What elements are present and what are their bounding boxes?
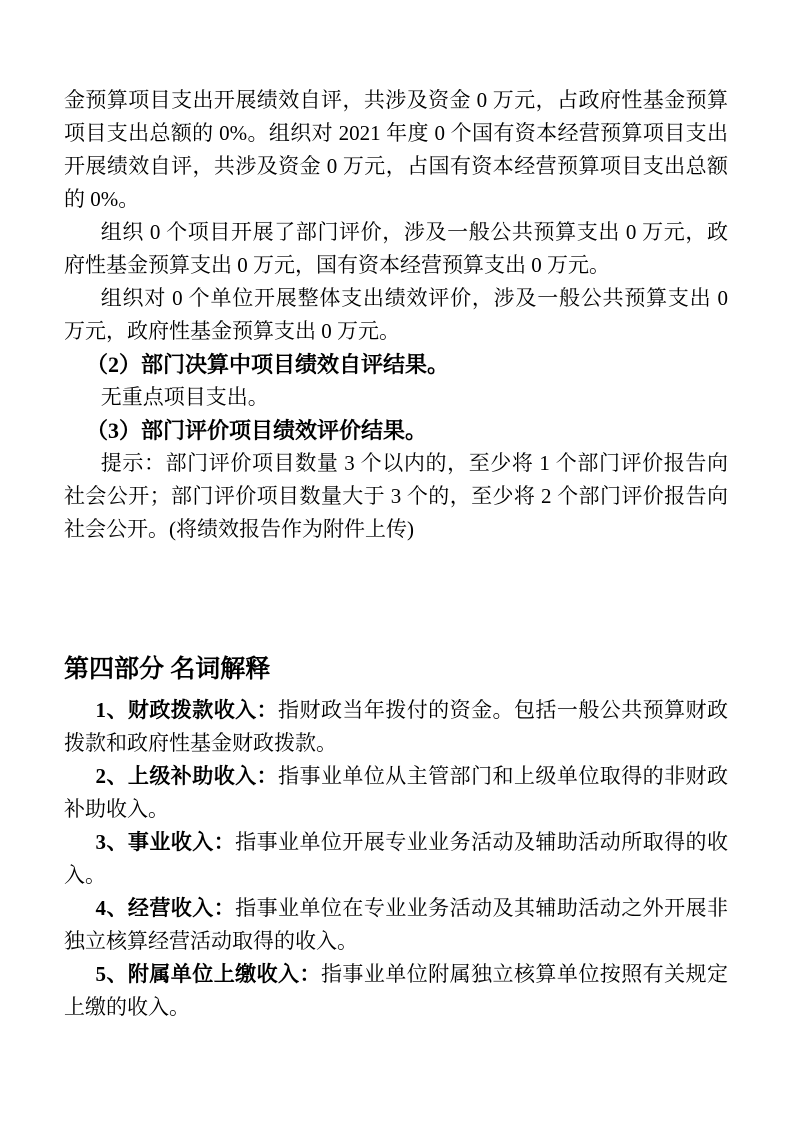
heading-project-self-eval-results: （2）部门决算中项目绩效自评结果。 xyxy=(64,348,728,381)
heading-department-eval-results: （3）部门评价项目绩效评价结果。 xyxy=(64,414,728,447)
term-label: 1、财政拨款收入： xyxy=(96,698,279,722)
section-title-glossary: 第四部分 名词解释 xyxy=(64,650,728,690)
document-body: 金预算项目支出开展绩效自评，共涉及资金 0 万元，占政府性基金预算项目支出总额的… xyxy=(64,84,728,1024)
term-label: 5、附属单位上缴收入： xyxy=(96,962,321,986)
term-item-superior-subsidy-income: 2、上级补助收入：指事业单位从主管部门和上级单位取得的非财政补助收入。 xyxy=(64,760,728,826)
term-item-fiscal-appropriation-income: 1、财政拨款收入：指财政当年拨付的资金。包括一般公共预算财政拨款和政府性基金财政… xyxy=(64,694,728,760)
term-label: 3、事业收入： xyxy=(96,830,236,854)
document-page: 金预算项目支出开展绩效自评，共涉及资金 0 万元，占政府性基金预算项目支出总额的… xyxy=(0,0,793,1122)
term-item-operational-income: 3、事业收入：指事业单位开展专业业务活动及辅助活动所取得的收入。 xyxy=(64,826,728,892)
term-label: 4、经营收入： xyxy=(96,896,236,920)
term-item-business-income: 4、经营收入：指事业单位在专业业务活动及其辅助活动之外开展非独立核算经营活动取得… xyxy=(64,892,728,958)
paragraph-no-key-projects: 无重点项目支出。 xyxy=(64,381,728,414)
paragraph-fund-self-eval-continuation: 金预算项目支出开展绩效自评，共涉及资金 0 万元，占政府性基金预算项目支出总额的… xyxy=(64,84,728,216)
paragraph-department-evaluation: 组织 0 个项目开展了部门评价，涉及一般公共预算支出 0 万元，政府性基金预算支… xyxy=(64,216,728,282)
paragraph-overall-expenditure-evaluation: 组织对 0 个单位开展整体支出绩效评价，涉及一般公共预算支出 0 万元，政府性基… xyxy=(64,282,728,348)
term-item-affiliated-unit-remittance-income: 5、附属单位上缴收入：指事业单位附属独立核算单位按照有关规定上缴的收入。 xyxy=(64,958,728,1024)
paragraph-disclosure-tip: 提示：部门评价项目数量 3 个以内的，至少将 1 个部门评价报告向社会公开；部门… xyxy=(64,447,728,546)
term-label: 2、上级补助收入： xyxy=(96,764,279,788)
